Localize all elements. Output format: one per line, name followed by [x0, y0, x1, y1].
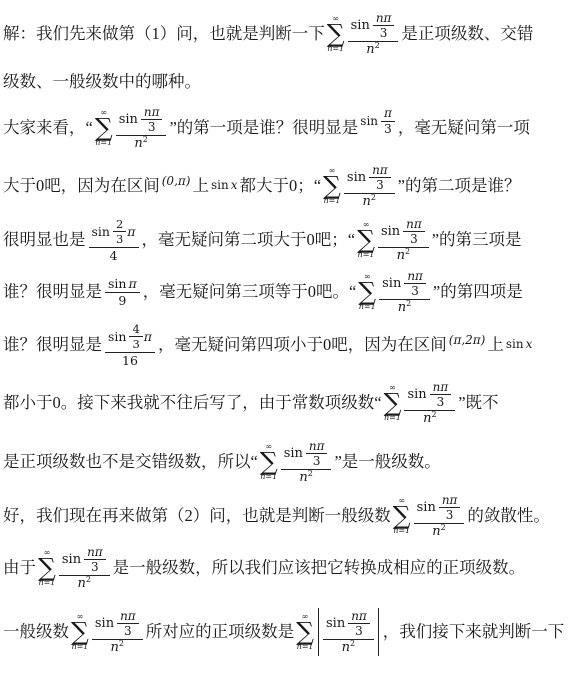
math-m-row: sin23π	[92, 218, 136, 245]
math-m-var: n	[423, 412, 431, 426]
math-m-row: sinnπ3	[62, 546, 107, 574]
math-m-row: sinx	[506, 338, 533, 351]
math-m-num: nπ	[404, 270, 426, 284]
math-m-supw: n2	[342, 641, 355, 655]
math-m-num: sinπ	[105, 277, 140, 291]
math-m-row: sinπ	[108, 277, 137, 290]
math-m-var: π	[384, 107, 392, 120]
math-m-var: n	[366, 43, 374, 57]
math-m-row: ∞∑n=1sinnπ3n2	[260, 440, 333, 485]
sigma-sum-symbol: ∞∑n=1	[357, 221, 375, 258]
math-m-num: nπ	[117, 610, 139, 624]
math-m-num: sinnπ3	[323, 610, 374, 639]
math-m-txt: 3	[384, 123, 392, 136]
math-m-sum-sub: n=1	[297, 643, 314, 651]
math-m-den: 3	[403, 231, 425, 246]
math-m-frac: sinπ9	[105, 277, 140, 306]
math-m-supw: n2	[398, 301, 411, 315]
math-m-frac: nπ3	[439, 494, 461, 522]
sigma-sum-symbol: ∞∑n=1	[71, 613, 89, 650]
math-m-row: sinnπ3	[284, 440, 329, 468]
math-m-row: sinnπ3	[95, 610, 140, 638]
math-m-txt: 3	[411, 285, 419, 298]
math-m-num: sinnπ3	[414, 494, 465, 523]
math-m-num: nπ	[369, 164, 391, 178]
math-m-frac: nπ3	[403, 218, 425, 246]
math-m-row: ∞∑n=1sinnπ3n2	[327, 12, 400, 57]
math-m-sup: 2	[431, 411, 436, 419]
text-run: 大家来看，“	[3, 117, 93, 139]
formula-interval-0-pi: (0,π)	[162, 175, 191, 188]
math-m-sum-sig: ∑	[384, 392, 402, 413]
math-m-row: ∞∑n=1sinnπ3n2	[95, 106, 168, 151]
math-m-txt: 3	[437, 396, 445, 409]
math-m-var: n	[78, 577, 86, 591]
math-m-num: sinnπ3	[281, 440, 332, 469]
math-m-fn: sin	[417, 501, 436, 515]
math-m-fn: sin	[62, 553, 81, 567]
math-m-sum-sig: ∑	[357, 229, 375, 250]
math-m-frac: sinnπ3n2	[378, 218, 429, 263]
math-m-sum-sub: n=1	[384, 414, 401, 422]
math-m-den: 3	[84, 559, 106, 574]
math-m-sum-sub: n=1	[38, 579, 55, 587]
math-m-num: sinnπ3	[348, 12, 399, 41]
math-m-sum-sig: ∑	[327, 23, 345, 44]
math-m-fn: sin	[381, 225, 400, 239]
math-m-sum-sub: n=1	[324, 197, 341, 205]
math-m-num: sinnπ3	[404, 381, 455, 410]
text-line: 谁？很明显是sin43π16，毫无疑问第四项小于0吧，因为在区间(π,2π)上s…	[3, 318, 575, 372]
absolute-value-bars: sinnπ3n2	[318, 608, 379, 657]
math-m-den: 3	[141, 119, 163, 134]
math-m-sum-sig: ∑	[296, 621, 314, 642]
math-m-den: n2	[378, 247, 429, 263]
text-line: 是正项级数也不是交错级数，所以“∞∑n=1sinnπ3n2”是一般级数。	[3, 434, 575, 490]
text-run: 很明显也是	[3, 229, 86, 251]
formula-sum-main: ∞∑n=1sinnπ3n2	[393, 494, 466, 539]
text-line: 由于∞∑n=1sinnπ3n2是一般级数，所以我们应该把它转换成相应的正项级数。	[3, 542, 575, 594]
text-run: 解：我们先来做第（1）问，也就是判断一下	[3, 23, 325, 45]
formula-term4: sin43π16	[104, 323, 156, 366]
math-m-var: n	[397, 249, 405, 263]
math-m-row: sinnπ3	[417, 494, 462, 522]
math-m-den: n2	[59, 575, 110, 591]
math-m-num: sin43π	[105, 323, 155, 351]
formula-sin-x: sinx	[506, 338, 533, 351]
math-m-frac: nπ3	[404, 270, 426, 298]
math-m-var: n	[342, 641, 350, 655]
math-m-var: nπ	[407, 270, 423, 283]
math-m-txt: 3	[446, 509, 454, 522]
text-run: ，毫无疑问第二项大于0吧；“	[142, 229, 356, 251]
math-m-den: n2	[323, 639, 374, 655]
math-m-den: 4	[89, 247, 139, 262]
math-m-num: sinnπ3	[378, 218, 429, 247]
math-m-den: 3	[348, 623, 370, 638]
math-m-num: sinnπ3	[379, 270, 430, 299]
math-m-row: ∞∑n=1sinnπ3n2	[393, 494, 466, 539]
math-m-fn: sin	[108, 277, 126, 290]
math-m-supw: n2	[134, 137, 147, 151]
text-run: ，我们接下来就判断一下	[383, 621, 565, 643]
math-m-var: n	[134, 137, 142, 151]
math-m-frac: nπ3	[306, 440, 328, 468]
math-m-den: 3	[369, 177, 391, 192]
formula-sum-main: ∞∑n=1sinnπ3n2	[327, 12, 400, 57]
text-run: 谁？很明显是	[3, 281, 102, 303]
math-m-var: (π,2π)	[449, 334, 486, 347]
math-m-den: 3	[129, 336, 142, 350]
math-m-supw: n2	[397, 249, 410, 263]
math-m-supw: n2	[423, 412, 436, 426]
text-run: 上	[487, 334, 504, 356]
text-run: ，毫无疑问第三项等于0吧。“	[143, 281, 357, 303]
math-m-sum-sig: ∑	[260, 451, 278, 472]
math-m-frac: sinnπ3n2	[414, 494, 465, 539]
math-m-den: n2	[414, 523, 465, 539]
math-m-sum-sig: ∑	[393, 505, 411, 526]
math-m-var: nπ	[376, 12, 392, 25]
text-run: ”是一般级数。	[334, 451, 440, 473]
math-m-var: nπ	[351, 610, 367, 623]
math-m-num: π	[381, 107, 395, 121]
sigma-sum-symbol: ∞∑n=1	[260, 443, 278, 480]
math-m-sum-sig: ∑	[38, 557, 56, 578]
math-m-den: n2	[404, 410, 455, 426]
math-m-var: nπ	[442, 494, 458, 507]
math-m-row: sinx	[211, 179, 238, 192]
sigma-sum-symbol: ∞∑n=1	[323, 167, 341, 204]
math-m-num: sinnπ3	[116, 106, 167, 135]
math-m-sup: 2	[405, 248, 410, 256]
sigma-sum-symbol: ∞∑n=1	[38, 549, 56, 586]
math-m-row: ∞∑n=1sinnπ3n2	[323, 164, 396, 209]
text-run: 一般级数	[3, 621, 69, 643]
math-m-txt: 9	[118, 294, 126, 307]
math-m-var: x	[231, 179, 238, 192]
math-m-row: sinnπ3	[119, 106, 164, 134]
math-m-fn: sin	[119, 113, 138, 127]
math-m-var: n	[432, 525, 440, 539]
math-m-num: nπ	[403, 218, 425, 232]
math-m-txt: 4	[110, 249, 118, 262]
math-m-frac: sinnπ3n2	[348, 12, 399, 57]
math-m-num: 2	[113, 218, 126, 231]
math-m-var: nπ	[309, 440, 325, 453]
math-m-sup: 2	[143, 136, 148, 144]
math-m-sup: 2	[86, 576, 91, 584]
math-m-fn: sin	[326, 617, 345, 631]
math-m-supw: n2	[299, 471, 312, 485]
math-m-num: nπ	[439, 494, 461, 508]
text-run: ”的第四项是	[433, 281, 523, 303]
text-run: 谁？很明显是	[3, 334, 102, 356]
math-m-sup: 2	[350, 640, 355, 648]
math-m-den: n2	[379, 299, 430, 315]
math-m-den: n2	[116, 135, 167, 151]
math-m-row: sinπ3	[360, 107, 396, 135]
math-m-frac: nπ3	[348, 610, 370, 638]
math-m-txt: 2	[116, 218, 123, 230]
math-m-row: ∞∑n=1sinnπ3n2	[38, 546, 111, 591]
math-m-den: 3	[113, 231, 126, 245]
sigma-sum-symbol: ∞∑n=1	[95, 109, 113, 146]
text-line: 解：我们先来做第（1）问，也就是判断一下∞∑n=1sinnπ3n2是正项级数、交…	[3, 2, 575, 66]
text-line: 好，我们现在再来做第（2）问，也就是判断一般级数∞∑n=1sinnπ3n2的敛散…	[3, 490, 575, 542]
math-m-sup: 2	[441, 524, 446, 532]
math-m-row: sinnπ3	[382, 270, 427, 298]
math-m-supw: n2	[111, 641, 124, 655]
math-m-var: nπ	[144, 106, 160, 119]
math-m-sum-sig: ∑	[71, 621, 89, 642]
math-m-num: nπ	[306, 440, 328, 454]
math-m-var: n	[111, 641, 119, 655]
math-m-row: ∞∑n=1sinnπ3n2	[357, 218, 430, 263]
formula-term1: sinπ3	[360, 107, 396, 135]
text-line: 级数、一般级数中的哪种。	[3, 66, 575, 98]
math-m-num: nπ	[141, 106, 163, 120]
formula-sum-main: ∞∑n=1sinnπ3n2	[38, 546, 111, 591]
math-m-fn: sin	[382, 277, 401, 291]
text-run: ，毫无疑问第一项	[398, 117, 530, 139]
text-line: 大家来看，“∞∑n=1sinnπ3n2”的第一项是谁？很明显是sinπ3，毫无疑…	[3, 98, 575, 158]
math-m-sum-sub: n=1	[358, 251, 375, 259]
math-m-var: n	[398, 301, 406, 315]
text-run: 是正项级数也不是交错级数，所以“	[3, 451, 258, 473]
math-m-frac: sinnπ3n2	[404, 381, 455, 426]
document-page: 解：我们先来做第（1）问，也就是判断一下∞∑n=1sinnπ3n2是正项级数、交…	[0, 0, 576, 670]
math-m-den: 3	[117, 623, 139, 638]
math-m-frac: sinnπ3n2	[344, 164, 395, 209]
math-m-var: x	[526, 338, 533, 351]
text-run: 好，我们现在再来做第（2）问，也就是判断一般级数	[3, 505, 391, 527]
formula-interval-pi-2pi: (π,2π)	[449, 334, 486, 347]
sigma-sum-symbol: ∞∑n=1	[296, 613, 314, 650]
math-m-num: nπ	[84, 546, 106, 560]
math-m-den: 3	[381, 121, 395, 136]
math-m-num: sinnπ3	[92, 610, 143, 639]
formula-sum-main: ∞∑n=1sinnπ3n2	[323, 164, 396, 209]
math-m-frac: sinnπ3n2	[281, 440, 332, 485]
math-m-sum-sig: ∑	[95, 117, 113, 138]
formula-sum-main: ∞∑n=1sinnπ3n2	[384, 381, 457, 426]
formula-sum-main: ∞∑n=1sinnπ3n2	[357, 218, 430, 263]
math-m-fn: sin	[360, 115, 378, 128]
math-m-sum-sub: n=1	[327, 45, 344, 53]
text-run: 的敛散性。	[467, 505, 550, 527]
math-m-row: sinnπ3	[351, 12, 396, 40]
text-run: 由于	[3, 557, 36, 579]
math-m-sum-sub: n=1	[393, 527, 410, 535]
sigma-sum-symbol: ∞∑n=1	[384, 384, 402, 421]
math-m-frac: sin23π4	[89, 218, 139, 261]
math-m-frac: sinnπ3n2	[323, 610, 374, 655]
math-m-var: nπ	[433, 381, 449, 394]
math-m-var: π	[127, 225, 135, 238]
math-m-sup: 2	[308, 470, 313, 478]
math-m-supw: n2	[363, 195, 376, 209]
math-m-den: n2	[281, 469, 332, 485]
math-m-frac: nπ3	[117, 610, 139, 638]
math-m-fn: sin	[347, 171, 366, 185]
math-m-txt: 3	[355, 625, 363, 638]
math-m-sup: 2	[406, 300, 411, 308]
text-run: 所对应的正项级数是	[146, 621, 295, 643]
math-m-var: (0,π)	[162, 175, 191, 188]
text-line: 一般级数∞∑n=1sinnπ3n2所对应的正项级数是∞∑n=1sinnπ3n2，…	[3, 594, 575, 670]
formula-term3: sinπ9	[104, 277, 141, 306]
math-m-txt: 3	[380, 27, 388, 40]
text-run: 大于0吧，因为在区间	[3, 175, 160, 197]
math-m-var: π	[128, 277, 136, 290]
math-m-frac: sinnπ3n2	[379, 270, 430, 315]
math-m-var: n	[299, 471, 307, 485]
math-m-num: nπ	[373, 12, 395, 26]
math-m-num: sinnπ3	[344, 164, 395, 193]
sigma-sum-symbol: ∞∑n=1	[358, 273, 376, 310]
math-m-sum-sub: n=1	[260, 473, 277, 481]
math-m-frac: nπ3	[430, 381, 452, 409]
math-m-var: nπ	[120, 610, 136, 623]
math-m-supw: n2	[366, 43, 379, 57]
math-m-var: nπ	[87, 546, 103, 559]
math-m-sup: 2	[371, 194, 376, 202]
text-line: 谁？很明显是sinπ9，毫无疑问第三项等于0吧。“∞∑n=1sinnπ3n2”的…	[3, 266, 575, 318]
formula-sum-main: ∞∑n=1sinnπ3n2	[95, 106, 168, 151]
math-m-frac: sin43π16	[105, 323, 155, 366]
math-m-sum-sub: n=1	[71, 643, 88, 651]
text-line: 大于0吧，因为在区间(0,π)上sinx都大于0；“∞∑n=1sinnπ3n2”…	[3, 158, 575, 214]
math-m-frac: nπ3	[84, 546, 106, 574]
formula-sum-main: ∞∑n=1sinnπ3n2	[358, 270, 431, 315]
math-m-num: 4	[129, 323, 142, 336]
math-m-fn: sin	[211, 179, 229, 192]
math-m-num: nπ	[348, 610, 370, 624]
text-run: 是正项级数、交错	[401, 23, 533, 45]
text-run: 都小于0。接下来我就不往后写了，由于常数项级数“	[3, 392, 382, 414]
math-m-den: 3	[306, 453, 328, 468]
text-line: 都小于0。接下来我就不往后写了，由于常数项级数“∞∑n=1sinnπ3n2”既不	[3, 372, 575, 434]
text-run: ，毫无疑问第四项小于0吧，因为在区间	[158, 334, 447, 356]
math-m-frac: sinnπ3n2	[116, 106, 167, 151]
math-m-frac: nπ3	[141, 106, 163, 134]
math-m-var: π	[144, 330, 152, 343]
math-m-frac: sinnπ3n2	[92, 610, 143, 655]
math-m-sup: 2	[119, 640, 124, 648]
math-m-frac: 43	[129, 323, 142, 350]
math-m-row: ∞∑n=1sinnπ3n2	[384, 381, 457, 426]
math-m-frac: 23	[113, 218, 126, 245]
math-m-txt: 16	[122, 354, 138, 367]
math-m-sum-sig: ∑	[358, 281, 376, 302]
math-m-row: sinnπ3	[326, 610, 371, 638]
math-m-txt: 3	[313, 455, 321, 468]
math-m-den: n2	[348, 41, 399, 57]
sigma-sum-symbol: ∞∑n=1	[327, 15, 345, 52]
math-m-fn: sin	[108, 330, 126, 343]
formula-sum-main: ∞∑n=1sinnπ3n2	[260, 440, 333, 485]
text-run: ”既不	[458, 392, 498, 414]
text-run: 上	[192, 175, 209, 197]
math-m-den: 16	[105, 352, 155, 367]
math-m-supw: n2	[78, 577, 91, 591]
math-m-frac: nπ3	[369, 164, 391, 192]
math-m-den: 3	[430, 394, 452, 409]
math-m-den: 9	[105, 292, 140, 307]
math-m-row: ∞∑n=1sinnπ3n2	[71, 610, 144, 655]
math-m-num: sinnπ3	[59, 546, 110, 575]
sigma-sum-symbol: ∞∑n=1	[393, 497, 411, 534]
math-m-fn: sin	[506, 338, 524, 351]
math-m-den: 3	[439, 507, 461, 522]
math-m-den: n2	[344, 193, 395, 209]
math-m-row: sinnπ3	[347, 164, 392, 192]
math-m-num: sin23π	[89, 218, 139, 246]
text-run: 都大于0；“	[239, 175, 321, 197]
math-m-var: nπ	[406, 218, 422, 231]
math-m-fn: sin	[284, 447, 303, 461]
math-m-den: 3	[404, 283, 426, 298]
math-m-sup: 2	[375, 42, 380, 50]
math-m-txt: 3	[124, 625, 132, 638]
formula-sum-main: ∞∑n=1sinnπ3n2	[71, 610, 144, 655]
math-m-frac: π3	[381, 107, 395, 135]
math-m-row: ∞∑n=1sinnπ3n2	[358, 270, 431, 315]
formula-sin-x: sinx	[211, 179, 238, 192]
math-m-row: sinnπ3	[381, 218, 426, 246]
math-m-sum-sub: n=1	[359, 303, 376, 311]
text-line: 很明显也是sin23π4，毫无疑问第二项大于0吧；“∞∑n=1sinnπ3n2”…	[3, 214, 575, 266]
math-m-txt: 3	[148, 121, 156, 134]
math-m-txt: 3	[376, 179, 384, 192]
math-m-den: 3	[373, 25, 395, 40]
text-run: ”的第三项是	[432, 229, 522, 251]
math-m-num: nπ	[430, 381, 452, 395]
math-m-den: n2	[92, 639, 143, 655]
math-m-row: sin43π	[108, 323, 152, 350]
math-m-supw: n2	[432, 525, 445, 539]
math-m-sum-sig: ∑	[323, 175, 341, 196]
math-m-sum-sub: n=1	[95, 139, 112, 147]
math-m-var: nπ	[372, 164, 388, 177]
math-m-txt: 4	[132, 323, 139, 335]
math-m-fn: sin	[92, 225, 110, 238]
math-m-var: n	[363, 195, 371, 209]
formula-sum-abs: ∞∑n=1sinnπ3n2	[296, 608, 381, 657]
math-m-txt: 3	[91, 561, 99, 574]
math-m-txt: 3	[410, 233, 418, 246]
text-run: 是一般级数，所以我们应该把它转换成相应的正项级数。	[113, 557, 526, 579]
text-run: 级数、一般级数中的哪种。	[3, 71, 201, 93]
math-m-txt: 3	[132, 338, 139, 350]
formula-term2: sin23π4	[88, 218, 140, 261]
math-m-fn: sin	[351, 19, 370, 33]
text-run: ”的第一项是谁？很明显是	[169, 117, 358, 139]
math-m-frac: nπ3	[373, 12, 395, 40]
math-m-fn: sin	[407, 388, 426, 402]
math-m-row: ∞∑n=1sinnπ3n2	[296, 608, 381, 657]
math-m-frac: sinnπ3n2	[59, 546, 110, 591]
math-m-txt: 3	[116, 233, 123, 245]
text-run: ”的第二项是谁？	[398, 175, 521, 197]
math-m-fn: sin	[95, 617, 114, 631]
math-m-row: sinnπ3	[407, 381, 452, 409]
